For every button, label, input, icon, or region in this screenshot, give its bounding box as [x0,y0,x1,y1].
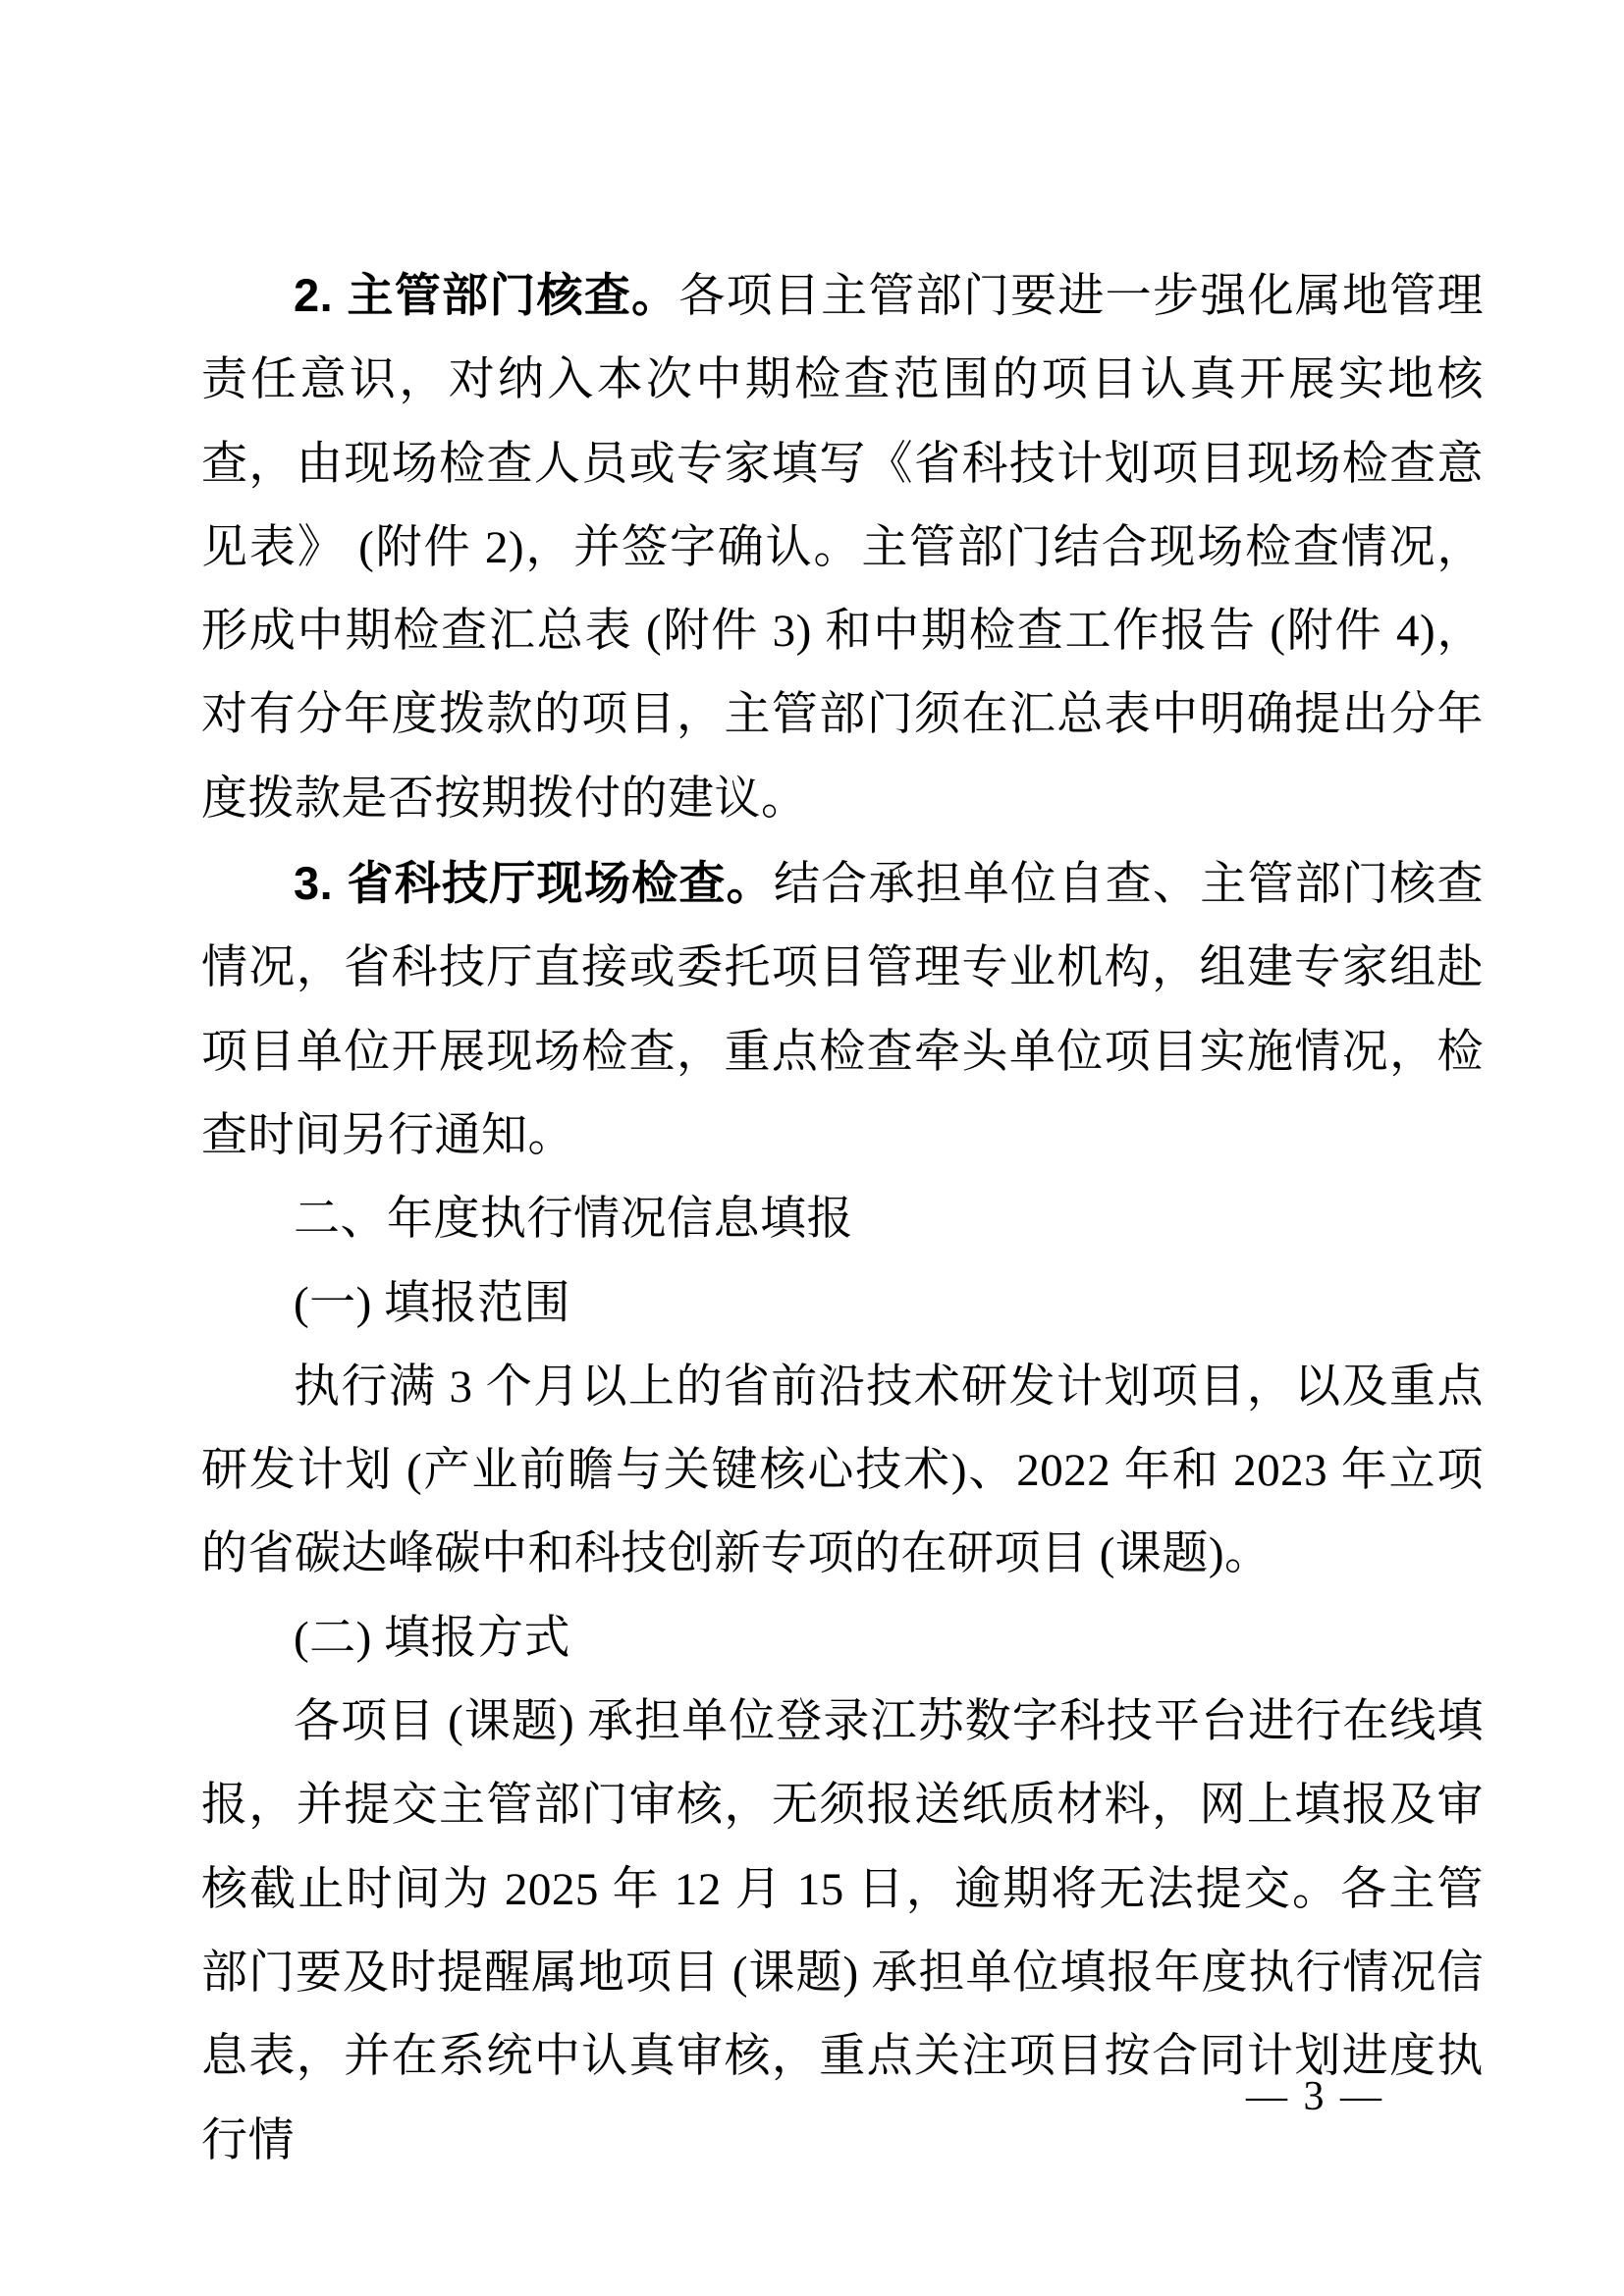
page-number: — 3 — [1246,2073,1384,2120]
para-reporting-scope: 执行满 3 个月以上的省前沿技术研发计划项目，以及重点研发计划 (产业前瞻与关键… [201,1346,1484,1597]
heading-section-two: 二、年度执行情况信息填报 [201,1178,1484,1261]
paragraph-text: 二、年度执行情况信息填报 [294,1194,853,1245]
paragraph-text: (二) 填报方式 [294,1613,570,1664]
para-provincial-onsite-inspection: 3. 省科技厅现场检查。结合承担单位自查、主管部门核查情况，省科技厅直接或委托项… [201,841,1484,1178]
para-supervisor-verification: 2. 主管部门核查。各项目主管部门要进一步强化属地管理责任意识，对纳入本次中期检… [201,253,1484,841]
paragraph-text: 执行满 3 个月以上的省前沿技术研发计划项目，以及重点研发计划 (产业前瞻与关键… [201,1362,1484,1580]
heading-reporting-scope: (一) 填报范围 [201,1262,1484,1346]
document-page: 2. 主管部门核查。各项目主管部门要进一步强化属地管理责任意识，对纳入本次中期检… [0,0,1624,2296]
paragraph-text: 各项目主管部门要进一步强化属地管理责任意识，对纳入本次中期检查范围的项目认真开展… [201,271,1484,825]
paragraph-lead-bold: 2. 主管部门核查。 [294,269,678,321]
paragraph-text: (一) 填报范围 [294,1278,570,1329]
paragraph-lead-bold: 3. 省科技厅现场检查。 [294,857,774,909]
heading-reporting-method: (二) 填报方式 [201,1597,1484,1681]
document-body: 2. 主管部门核查。各项目主管部门要进一步强化属地管理责任意识，对纳入本次中期检… [201,253,1484,2183]
